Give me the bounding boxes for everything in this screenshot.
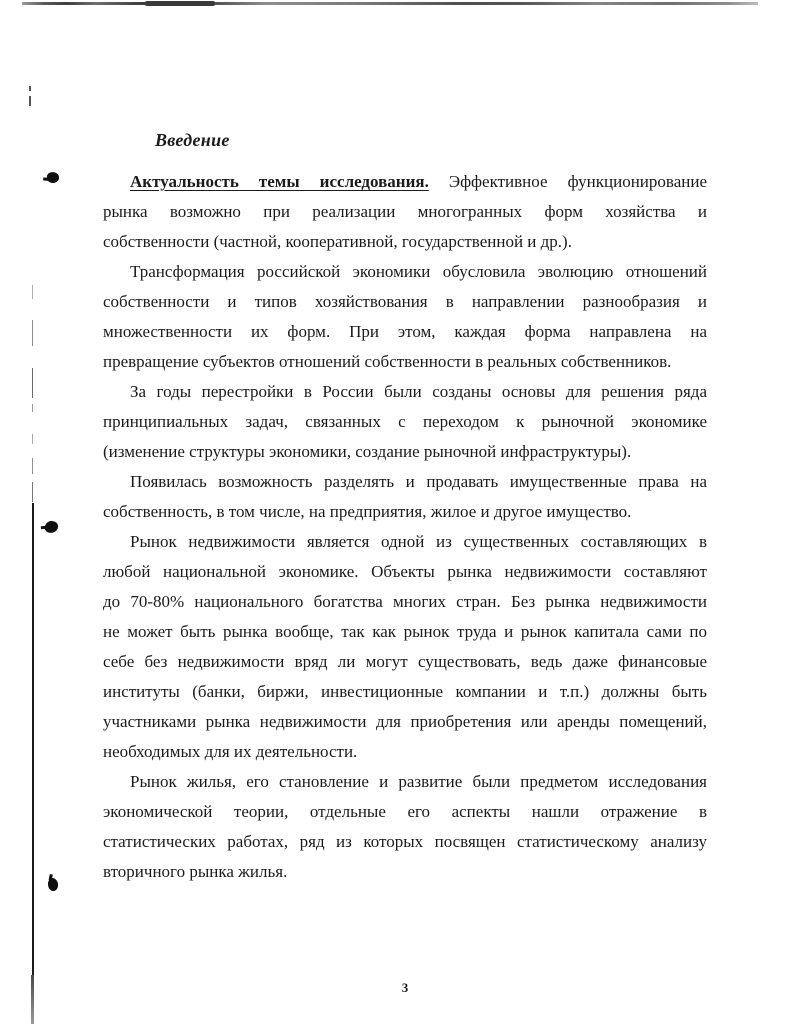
text-line: Появилась возможность разделять и продав…: [103, 467, 707, 497]
section-heading: Введение: [155, 130, 230, 151]
body-text: экономической теории, отдельные его аспе…: [103, 802, 707, 821]
scanned-document-page: Введение Актуальность темы исследования.…: [0, 0, 792, 1024]
text-line: множественности их форм. При этом, кажда…: [103, 317, 707, 347]
text-line: Рынок жилья, его становление и развитие …: [103, 767, 707, 797]
text-line: не может быть рынка вообще, так как рыно…: [103, 617, 707, 647]
scan-edge-top-line: [22, 2, 758, 5]
body-text: принципиальных задач, связанных с перехо…: [103, 412, 707, 431]
text-line: экономической теории, отдельные его аспе…: [103, 797, 707, 827]
scan-speck: [29, 96, 31, 106]
body-text: Эффективное функционирование: [429, 172, 707, 191]
body-text: вторичного рынка жилья.: [103, 862, 287, 881]
text-line: собственность, в том числе, на предприят…: [103, 497, 707, 527]
text-line: (изменение структуры экономики, создание…: [103, 437, 707, 467]
ink-blot: [47, 878, 58, 892]
scan-scratch-line-segment: [32, 404, 33, 412]
scan-scratch-line: [32, 503, 34, 975]
body-text: участниками рынка недвижимости для приоб…: [103, 712, 707, 731]
scan-scratch-line-segment: [32, 458, 33, 474]
text-line: Трансформация российской экономики обусл…: [103, 257, 707, 287]
scan-scratch-line-segment: [32, 285, 33, 299]
body-text: рынка возможно при реализации многогранн…: [103, 202, 707, 221]
body-text: За годы перестройки в России были создан…: [130, 382, 707, 401]
text-line: принципиальных задач, связанных с перехо…: [103, 407, 707, 437]
body-paragraphs: Актуальность темы исследования. Эффектив…: [103, 167, 707, 887]
ink-blot: [46, 171, 60, 185]
body-text: статистических работах, ряд из которых п…: [103, 832, 707, 851]
body-text: собственности и типов хозяйствования в н…: [103, 292, 707, 311]
body-text: Трансформация российской экономики обусл…: [130, 262, 707, 281]
text-line: любой национальной экономике. Объекты ры…: [103, 557, 707, 587]
scan-edge-dark-segment: [145, 1, 215, 6]
text-line: собственности (частной, кооперативной, г…: [103, 227, 707, 257]
body-text: себе без недвижимости вряд ли могут суще…: [103, 652, 707, 671]
body-text: собственности (частной, кооперативной, г…: [103, 232, 572, 251]
text-line: до 70-80% национального богатства многих…: [103, 587, 707, 617]
text-line: статистических работах, ряд из которых п…: [103, 827, 707, 857]
body-text: множественности их форм. При этом, кажда…: [103, 322, 707, 341]
text-line: Рынок недвижимости является одной из сущ…: [103, 527, 707, 557]
ink-blot: [44, 520, 59, 534]
body-text: Рынок недвижимости является одной из сущ…: [130, 532, 707, 551]
body-text: до 70-80% национального богатства многих…: [103, 592, 707, 611]
body-text: (изменение структуры экономики, создание…: [103, 442, 631, 461]
text-line: рынка возможно при реализации многогранн…: [103, 197, 707, 227]
text-line: превращение субъектов отношений собствен…: [103, 347, 707, 377]
text-line: Актуальность темы исследования. Эффектив…: [103, 167, 707, 197]
page-number: 3: [103, 980, 707, 996]
emphasis-text: Актуальность темы исследования.: [130, 172, 429, 191]
scan-scratch-line-segment: [32, 434, 33, 444]
text-line: собственности и типов хозяйствования в н…: [103, 287, 707, 317]
text-line: вторичного рынка жилья.: [103, 857, 707, 887]
text-line: необходимых для их деятельности.: [103, 737, 707, 767]
text-line: институты (банки, биржи, инвестиционные …: [103, 677, 707, 707]
body-text: не может быть рынка вообще, так как рыно…: [103, 622, 707, 641]
body-text: институты (банки, биржи, инвестиционные …: [103, 682, 707, 701]
scan-scratch-line-fade: [31, 975, 34, 1024]
scan-speck: [29, 86, 31, 91]
text-line: себе без недвижимости вряд ли могут суще…: [103, 647, 707, 677]
text-line: участниками рынка недвижимости для приоб…: [103, 707, 707, 737]
body-text: превращение субъектов отношений собствен…: [103, 352, 671, 371]
body-text: собственность, в том числе, на предприят…: [103, 502, 631, 521]
scan-scratch-line-segment: [32, 482, 33, 502]
scan-scratch-line-segment: [32, 368, 33, 398]
text-line: За годы перестройки в России были создан…: [103, 377, 707, 407]
body-text: Рынок жилья, его становление и развитие …: [130, 772, 707, 791]
body-text: Появилась возможность разделять и продав…: [130, 472, 707, 491]
body-text: любой национальной экономике. Объекты ры…: [103, 562, 707, 581]
body-text: необходимых для их деятельности.: [103, 742, 357, 761]
scan-scratch-line-segment: [32, 320, 33, 346]
